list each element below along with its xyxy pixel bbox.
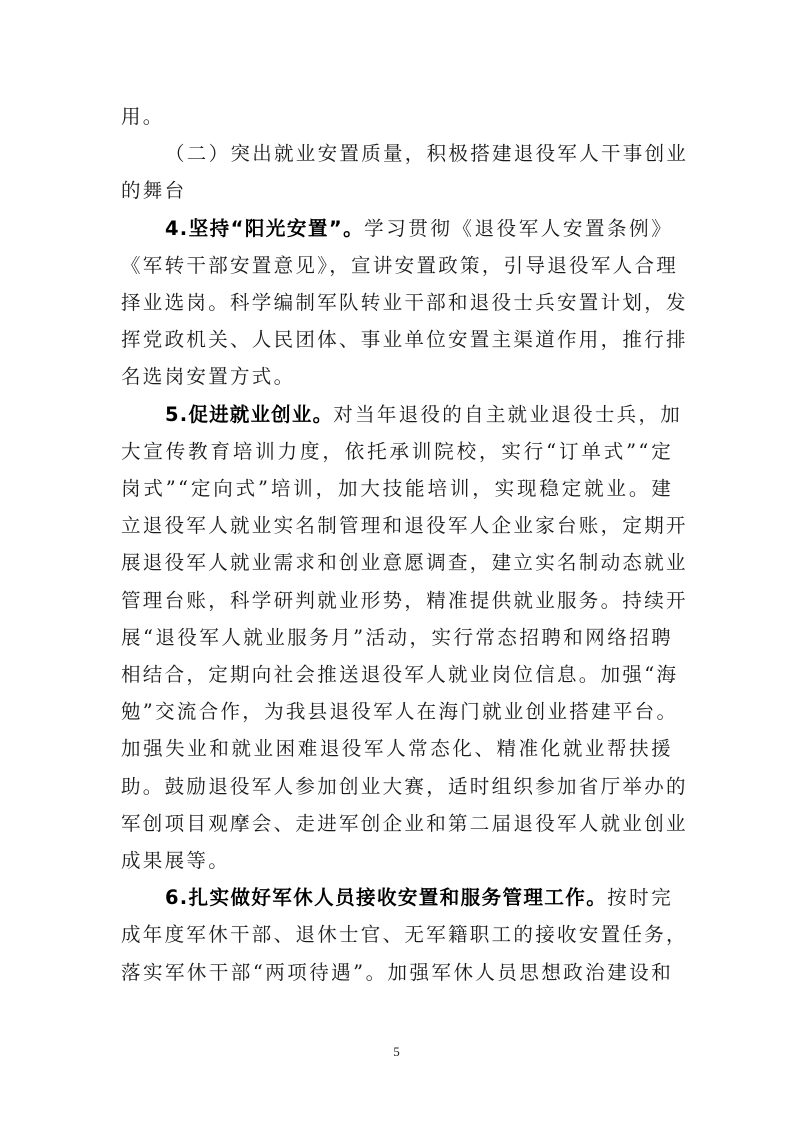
text-line: 加强失业和就业困难退役军人常态化、精准化就业帮扶援 xyxy=(121,730,673,767)
text-segment: 学习贯彻《退役军人安置条例》 xyxy=(364,217,673,240)
text-line: 军创项目观摩会、走进军创企业和第二届退役军人就业创业 xyxy=(121,805,673,842)
text-line: 5.促进就业创业。对当年退役的自主就业退役士兵，加 xyxy=(121,396,673,433)
body-text: 用。 （二）突出就业安置质量，积极搭建退役军人干事创业 的舞台 4.坚持“阳光安… xyxy=(121,98,673,991)
text-line: 勉”交流合作，为我县退役军人在海门就业创业搭建平台。 xyxy=(121,693,673,730)
item-6-heading: 6.扎实做好军休人员接收安置和服务管理工作。 xyxy=(165,886,607,909)
text-line: 用。 xyxy=(121,98,673,135)
text-line: 岗式”“定向式”培训，加大技能培训，实现稳定就业。建 xyxy=(121,470,673,507)
subheading-2: （二）突出就业安置质量，积极搭建退役军人干事创业 的舞台 xyxy=(121,135,673,209)
text-line: 挥党政机关、人民团体、事业单位安置主渠道作用，推行排 xyxy=(121,321,673,358)
text-line: 落实军休干部“两项待遇”。加强军休人员思想政治建设和 xyxy=(121,954,673,991)
text-line: 名选岗安置方式。 xyxy=(121,358,673,395)
text-line: 大宣传教育培训力度，依托承训院校，实行“订单式”“定 xyxy=(121,433,673,470)
text-line: （二）突出就业安置质量，积极搭建退役军人干事创业 xyxy=(121,135,673,172)
paragraph-tail: 用。 xyxy=(121,98,673,135)
text-line: 展退役军人就业需求和创业意愿调查，建立实名制动态就业 xyxy=(121,544,673,581)
item-5-heading: 5.促进就业创业。 xyxy=(165,403,333,426)
text-line: 的舞台 xyxy=(121,172,673,209)
item-4-heading: 4.坚持“阳光安置”。 xyxy=(165,217,364,240)
text-line: 助。鼓励退役军人参加创业大赛，适时组织参加省厅举办的 xyxy=(121,768,673,805)
text-line: 立退役军人就业实名制管理和退役军人企业家台账，定期开 xyxy=(121,507,673,544)
document-page: 用。 （二）突出就业安置质量，积极搭建退役军人干事创业 的舞台 4.坚持“阳光安… xyxy=(0,0,793,1122)
item-5: 5.促进就业创业。对当年退役的自主就业退役士兵，加 大宣传教育培训力度，依托承训… xyxy=(121,396,673,880)
text-line: 《军转干部安置意见》，宣讲安置政策，引导退役军人合理 xyxy=(121,247,673,284)
item-4: 4.坚持“阳光安置”。学习贯彻《退役军人安置条例》 《军转干部安置意见》，宣讲安… xyxy=(121,210,673,396)
text-line: 4.坚持“阳光安置”。学习贯彻《退役军人安置条例》 xyxy=(121,210,673,247)
text-segment: 对当年退役的自主就业退役士兵，加 xyxy=(333,403,682,426)
text-line: 成果展等。 xyxy=(121,842,673,879)
text-line: 择业选岗。科学编制军队转业干部和退役士兵安置计划，发 xyxy=(121,284,673,321)
text-line: 相结合，定期向社会推送退役军人就业岗位信息。加强“海 xyxy=(121,656,673,693)
text-line: 展“退役军人就业服务月”活动，实行常态招聘和网络招聘 xyxy=(121,619,673,656)
page-number: 5 xyxy=(0,1044,793,1060)
text-line: 成年度军休干部、退休士官、无军籍职工的接收安置任务， xyxy=(121,916,673,953)
text-line: 6.扎实做好军休人员接收安置和服务管理工作。按时完 xyxy=(121,879,673,916)
item-6: 6.扎实做好军休人员接收安置和服务管理工作。按时完 成年度军休干部、退休士官、无… xyxy=(121,879,673,991)
text-segment: 按时完 xyxy=(607,886,673,909)
text-line: 管理台账，科学研判就业形势，精准提供就业服务。持续开 xyxy=(121,582,673,619)
